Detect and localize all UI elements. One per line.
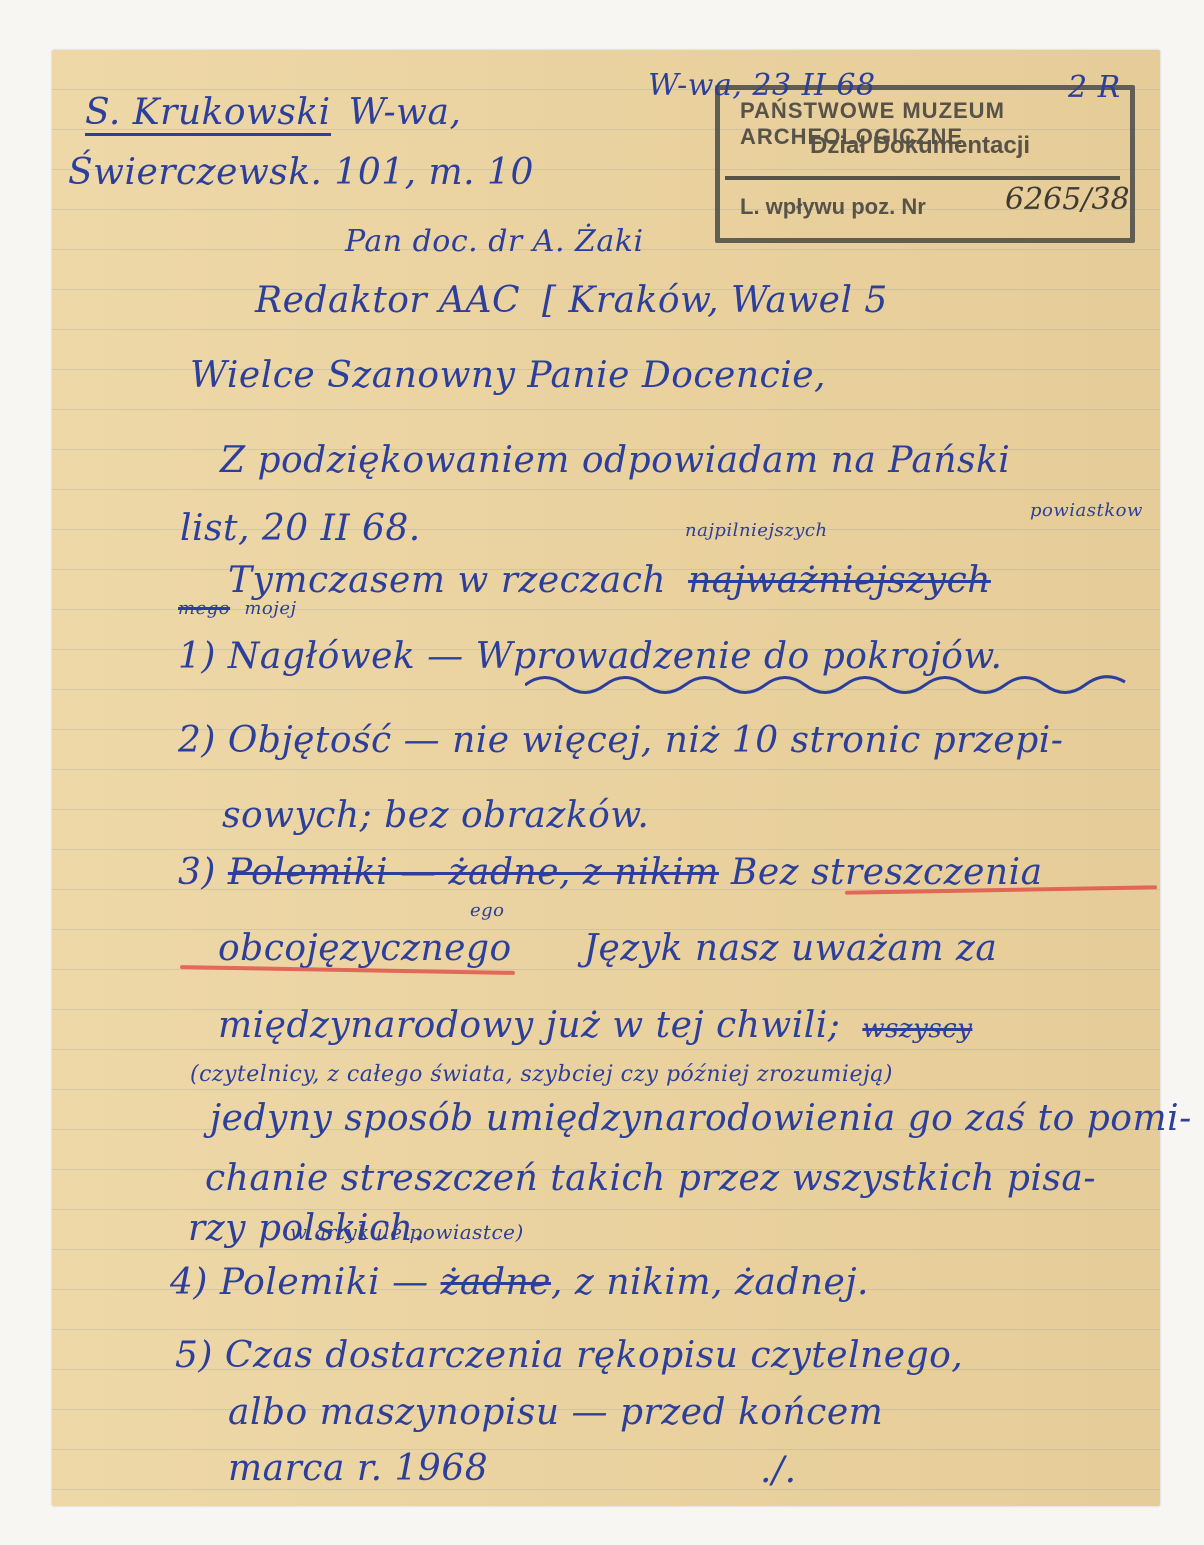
- wavy-underline-icon: [525, 670, 1145, 700]
- letter-date: W-wa, 23 II 68: [648, 68, 876, 103]
- stamp-department: Dział Dokumentacji: [810, 132, 1030, 160]
- item-3: 3) Polemiki — żadne, z nikim Bez streszc…: [178, 852, 1043, 893]
- sender-name-city: S. Krukowski W-wa,: [85, 92, 461, 133]
- recipient-name: Pan doc. dr A. Żaki: [345, 224, 644, 259]
- item-3-miedzynarodowy: międzynarodowy już w tej chwili;: [218, 1005, 840, 1046]
- item-2-text: Objętość — nie więcej, niż 10 stronic pr…: [228, 720, 1064, 761]
- stamp-entry-number: 6265/38: [1005, 182, 1130, 217]
- recipient-title: Redaktor AAC [ Kraków, Wawel 5: [255, 280, 888, 321]
- topic-struck-mego: mego: [178, 598, 230, 619]
- item-3-line-6: chanie streszczeń takich przez wszystkic…: [205, 1158, 1096, 1199]
- recipient-role: Redaktor AAC: [255, 280, 520, 321]
- item-3-number: 3): [178, 852, 216, 893]
- item-3-line-2: obcojęzycznego Język nasz uważam za: [218, 928, 997, 969]
- sender-name: S. Krukowski: [85, 92, 331, 136]
- item-4-struck-zadne: żadne: [441, 1262, 551, 1303]
- item-4: 4) Polemiki — żadne, z nikim, żadnej.: [170, 1262, 869, 1303]
- salutation: Wielce Szanowny Panie Docencie,: [190, 355, 826, 396]
- item-4-insert: w artykule powiastce): [290, 1220, 524, 1244]
- item-5-continuation: albo maszynopisu — przed końcem: [228, 1392, 883, 1433]
- page-continuation-mark: ./.: [760, 1450, 797, 1491]
- archive-stamp: PAŃSTWOWE MUZEUM ARCHEOLOGICZNE Dział Do…: [715, 85, 1135, 243]
- item-3-insert-ego: ego: [470, 900, 505, 921]
- intro-line-1: Z podziękowaniem odpowiadam na Pański: [220, 440, 1010, 481]
- item-4-rest: , z nikim, żadnej.: [551, 1262, 869, 1303]
- item-1-number: 1): [178, 636, 216, 677]
- item-3-struck-wszyscy: wszyscy: [862, 1014, 972, 1044]
- item-3-line-3: międzynarodowy już w tej chwili; wszyscy: [218, 1005, 972, 1046]
- corner-mark: 2 R: [1068, 70, 1121, 105]
- item-3-text: Bez streszczenia: [731, 852, 1043, 893]
- item-4-text: Polemiki —: [220, 1262, 429, 1303]
- topic-text: Tymczasem w rzeczach: [228, 560, 666, 601]
- item-3-struck-text: Polemiki — żadne, z nikim: [228, 852, 719, 893]
- item-5: 5) Czas dostarczenia rękopisu czytelnego…: [175, 1335, 963, 1376]
- topic-mojej: mojej: [244, 598, 296, 619]
- topic-struck-word: najważniejszych: [688, 560, 991, 601]
- sender-address: Świerczewsk. 101, m. 10: [68, 152, 534, 193]
- intro-line-2: list, 20 II 68.: [180, 508, 421, 549]
- item-3-line-5: jedyny sposób umiędzynarodowienia go zaś…: [210, 1098, 1192, 1139]
- item-3-obcojezycznego: obcojęzycznego: [218, 928, 512, 969]
- item-4-number: 4): [170, 1262, 208, 1303]
- bracket-mark: [: [542, 280, 557, 321]
- recipient-place: Kraków, Wawel 5: [569, 280, 888, 321]
- topic-line2: mego mojej: [178, 598, 297, 619]
- insert-najpilniejszych: najpilniejszych: [685, 520, 828, 541]
- item-2-number: 2): [178, 720, 216, 761]
- item-5-text: Czas dostarczenia rękopisu czytelnego,: [225, 1335, 963, 1376]
- item-2-continuation: sowych; bez obrazków.: [222, 795, 649, 836]
- item-3-line-4: (czytelnicy, z całego świata, szybciej c…: [190, 1062, 893, 1087]
- item-5-continuation-2: marca r. 1968: [228, 1448, 488, 1489]
- sender-city: W-wa,: [349, 92, 462, 133]
- item-3-jezyk-text: Język nasz uważam za: [584, 928, 998, 969]
- insert-powiastkow: powiastkow: [1030, 500, 1143, 521]
- stamp-entry-label: L. wpływu poz. Nr: [740, 194, 926, 220]
- item-5-number: 5): [175, 1335, 213, 1376]
- stamp-divider: [725, 176, 1120, 180]
- item-2: 2) Objętość — nie więcej, niż 10 stronic…: [178, 720, 1063, 761]
- topic-line: Tymczasem w rzeczach najważniejszych: [228, 560, 991, 601]
